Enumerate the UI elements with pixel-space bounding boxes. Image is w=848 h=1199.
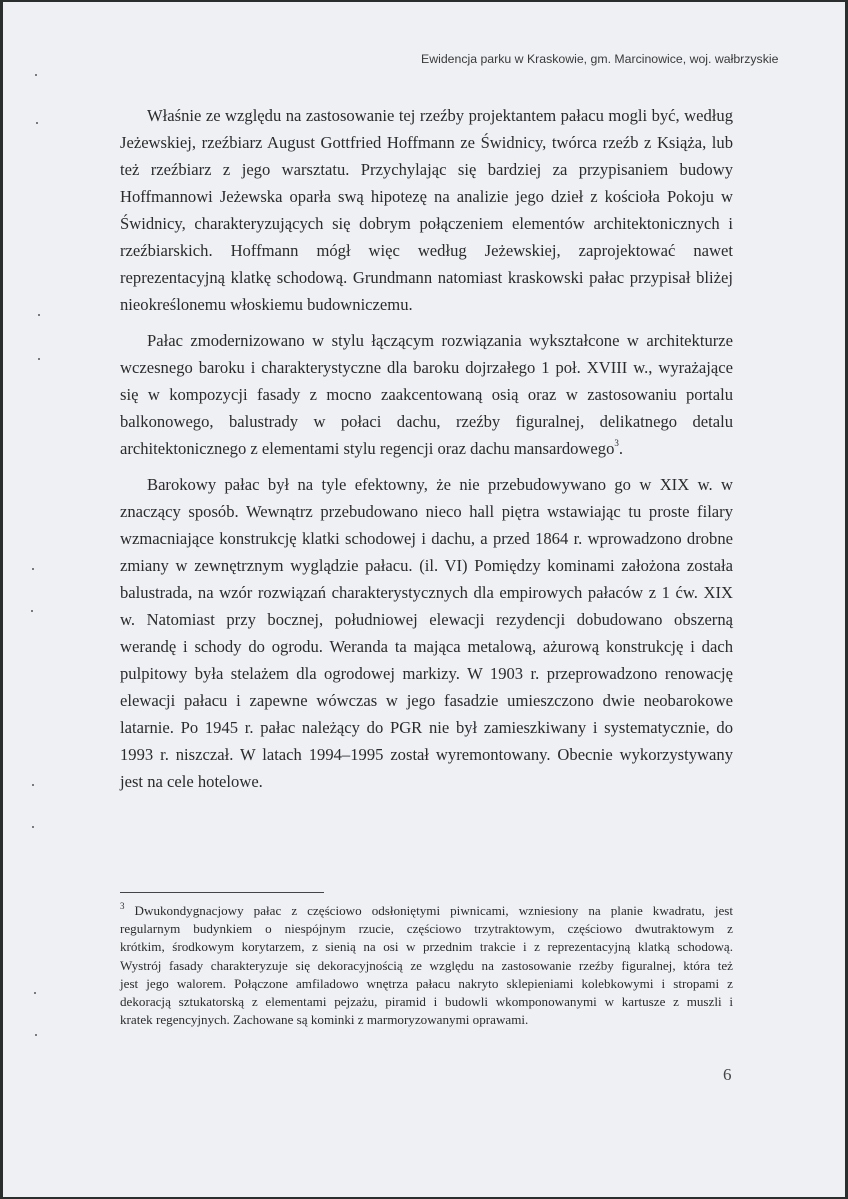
text-line: nieokreślonemu włoskiemu budowniczemu. <box>120 291 733 318</box>
scan-speck <box>31 610 33 612</box>
text-line: rzeźbiarskich. Hoffmann mógł więc według… <box>120 237 733 264</box>
scan-speck <box>34 992 36 994</box>
footnote-number: 3 <box>120 901 125 911</box>
text-line: wzmacniające konstrukcję klatki schodowe… <box>120 525 733 552</box>
text-line: balkonowego, balustrady w połaci dachu, … <box>120 408 733 435</box>
text-line: w. Natomiast przy bocznej, południowej e… <box>120 606 733 633</box>
document-page: Ewidencja parku w Kraskowie, gm. Marcino… <box>3 2 845 1197</box>
text-line: 1993 r. niszczał. W latach 1994–1995 zos… <box>120 741 733 768</box>
scan-speck <box>38 314 40 316</box>
text-line: 3 Dwukondygnacjowy pałac z częściowo ods… <box>120 902 733 920</box>
scan-speck <box>36 122 38 124</box>
page-number: 6 <box>723 1065 732 1085</box>
text-line: jest na cele hotelowe. <box>120 768 733 795</box>
text-line: dekoracją sztukatorską z elementami pejz… <box>120 993 733 1011</box>
text-line: kratek regencyjnych. Zachowane są komink… <box>120 1011 733 1029</box>
scan-speck <box>32 826 34 828</box>
text-line: też rzeźbiarz z jego warsztatu. Przychyl… <box>120 156 733 183</box>
text-line: Właśnie ze względu na zastosowanie tej r… <box>120 102 733 129</box>
text-line: werandę i schody do ogrodu. Weranda ta m… <box>120 633 733 660</box>
footnote-separator <box>120 892 324 893</box>
footnote-reference[interactable]: 3 <box>614 438 619 448</box>
scan-speck <box>35 74 37 76</box>
body-text: Właśnie ze względu na zastosowanie tej r… <box>120 102 733 795</box>
paragraph: Właśnie ze względu na zastosowanie tej r… <box>120 102 733 318</box>
paragraph: Pałac zmodernizowano w stylu łączącym ro… <box>120 327 733 462</box>
text-line: się w kompozycji fasady z mocno zaakcent… <box>120 381 733 408</box>
text-line: Barokowy pałac był na tyle efektowny, że… <box>120 471 733 498</box>
running-header: Ewidencja parku w Kraskowie, gm. Marcino… <box>421 52 778 66</box>
text-run: Dwukondygnacjowy pałac z częściowo odsło… <box>125 903 734 918</box>
paragraph: Barokowy pałac był na tyle efektowny, że… <box>120 471 733 795</box>
text-line: balustrada, na wzór rozwiązań charaktery… <box>120 579 733 606</box>
text-line: znaczący sposób. Wewnątrz przebudowano n… <box>120 498 733 525</box>
text-line: architektonicznego z elementami stylu re… <box>120 435 733 462</box>
text-line: elewacji pałacu i zapewne wówczas w jego… <box>120 687 733 714</box>
text-line: krótkim, środkowym korytarzem, z sienią … <box>120 938 733 956</box>
footnote: 3 Dwukondygnacjowy pałac z częściowo ods… <box>120 902 733 1029</box>
text-line: zmiany w zewnętrznym wyglądzie pałacu. (… <box>120 552 733 579</box>
text-line: pulpitowy była stelażem dla ogrodowej ma… <box>120 660 733 687</box>
text-line: wczesnego baroku i charakterystyczne dla… <box>120 354 733 381</box>
text-run: architektonicznego z elementami stylu re… <box>120 439 614 458</box>
scan-speck <box>38 358 40 360</box>
text-line: regularnym budynkiem o niespójnym rzucie… <box>120 920 733 938</box>
text-line: Jeżewskiej, rzeźbiarz August Gottfried H… <box>120 129 733 156</box>
scan-speck <box>35 1034 37 1036</box>
text-line: Hoffmannowi Jeżewska oparła swą hipotezę… <box>120 183 733 210</box>
text-run: . <box>619 439 623 458</box>
text-line: reprezentacyjną klatkę schodową. Grundma… <box>120 264 733 291</box>
scan-speck <box>32 568 34 570</box>
text-line: Pałac zmodernizowano w stylu łączącym ro… <box>120 327 733 354</box>
text-line: jest jego walorem. Połączone amfiladowo … <box>120 975 733 993</box>
text-line: latarnie. Po 1945 r. pałac należący do P… <box>120 714 733 741</box>
text-line: Wystrój fasady charakteryzuje się dekora… <box>120 957 733 975</box>
scan-speck <box>32 784 34 786</box>
text-line: Świdnicy, charakteryzujących się dobrym … <box>120 210 733 237</box>
